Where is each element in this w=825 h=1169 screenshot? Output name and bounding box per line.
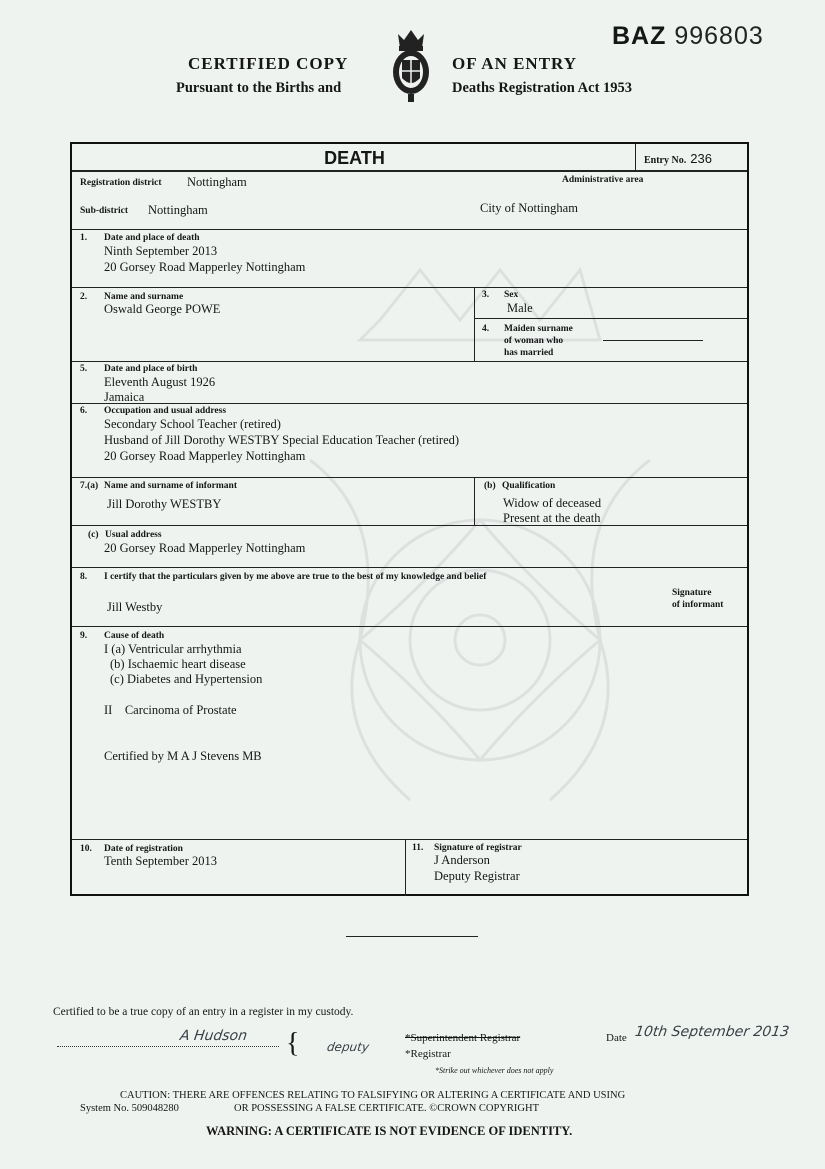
signature-label-2: of informant [672,600,723,610]
entry-label: Entry No. [644,155,686,166]
form-title: DEATH [72,148,637,169]
maiden-surname-blank [603,340,703,341]
qualification-line-1: Widow of deceased [503,496,601,511]
serial-number: 996803 [674,22,763,50]
registrar-name: J Anderson [434,853,490,868]
date-of-registration: Tenth September 2013 [104,854,217,869]
field-5-number: 5. [80,364,87,374]
place-of-death: 20 Gorsey Road Mapperley Nottingham [104,260,305,275]
field-2-label: Name and surname [104,292,183,302]
field-7a-label: Name and surname of informant [104,481,237,491]
option-superintendent-registrar: *Superintendent Registrar [405,1032,520,1044]
certified-by: Certified by M A J Stevens MB [104,749,262,764]
field-4-label-3: has married [504,348,553,358]
cause-ic: (c) Diabetes and Hypertension [110,672,262,687]
strike-out-note: *Strike out whichever does not apply [435,1066,553,1075]
field-6-label: Occupation and usual address [104,406,226,416]
registrar-signature: A Hudson [179,1028,248,1044]
field-3-label: Sex [504,290,518,300]
certificate-serial: BAZ 996803 [612,22,764,51]
usual-address: 20 Gorsey Road Mapperley Nottingham [104,449,305,464]
identity-warning: WARNING: A CERTIFICATE IS NOT EVIDENCE O… [206,1124,572,1139]
system-number: System No. 509048280 [80,1103,179,1114]
cause-ia: I (a) Ventricular arrhythmia [104,642,242,657]
field-5-label: Date and place of birth [104,364,197,374]
field-4-label-2: of woman who [504,336,563,346]
caution-line-1: CAUTION: THERE ARE OFFENCES RELATING TO … [120,1090,625,1101]
entry-number-field: Entry No. 236 [644,150,712,168]
field-3-number: 3. [482,290,489,300]
cause-ib: (b) Ischaemic heart disease [110,657,246,672]
administrative-area-label: Administrative area [562,175,643,185]
deceased-name: Oswald George POWE [104,302,220,317]
header-subtitle-left: Pursuant to the Births and [176,80,341,97]
sex: Male [507,301,533,316]
administrative-area: City of Nottingham [480,201,578,216]
field-7b-number: (b) [484,481,496,491]
date-of-death: Ninth September 2013 [104,244,217,259]
cause-ii: II Carcinoma of Prostate [104,703,237,718]
field-4-label-1: Maiden surname [504,324,573,334]
signature-label-1: Signature [672,588,711,598]
option-registrar: *Registrar [405,1048,451,1060]
field-11-label: Signature of registrar [434,843,522,853]
field-4-number: 4. [482,324,489,334]
field-7c-number: (c) [88,530,99,540]
entry-number: 236 [690,151,712,166]
serial-prefix: BAZ [612,22,666,50]
field-1-number: 1. [80,233,87,243]
deputy-handwritten: deputy [326,1040,370,1054]
brace-icon: { [286,1030,299,1058]
qualification-line-2: Present at the death [503,511,601,526]
sub-district-label: Sub-district [80,206,128,216]
registration-district: Nottingham [187,175,247,190]
informant-address: 20 Gorsey Road Mapperley Nottingham [104,541,305,556]
death-entry-form: DEATH Entry No. 236 Registration distric… [70,142,749,896]
field-10-number: 10. [80,844,92,854]
caution-line-2: OR POSSESSING A FALSE CERTIFICATE. ©CROW… [234,1103,539,1114]
royal-crest-icon [386,26,436,106]
field-9-number: 9. [80,631,87,641]
date-of-birth: Eleventh August 1926 [104,375,215,390]
registrar-title: Deputy Registrar [434,869,520,884]
sub-district: Nottingham [148,203,208,218]
date-label: Date [606,1032,627,1044]
field-2-number: 2. [80,292,87,302]
certified-date-handwritten: 10th September 2013 [634,1024,790,1040]
informant-signature: Jill Westby [107,600,162,615]
occupation-line-1: Secondary School Teacher (retired) [104,417,281,432]
signature-dotted-line [57,1046,279,1047]
informant-name: Jill Dorothy WESTBY [107,497,221,512]
field-7a-number: 7.(a) [80,481,98,491]
registration-district-label: Registration district [80,178,162,188]
field-9-label: Cause of death [104,631,164,641]
header-title-right: OF AN ENTRY [452,54,577,74]
field-11-number: 11. [412,843,423,853]
header-subtitle-right: Deaths Registration Act 1953 [452,80,632,97]
certified-true-copy-text: Certified to be a true copy of an entry … [53,1006,353,1018]
field-6-number: 6. [80,406,87,416]
field-7b-label: Qualification [502,481,555,491]
field-7c-label: Usual address [105,530,162,540]
field-8-number: 8. [80,572,87,582]
separator-line [346,936,478,937]
occupation-line-2: Husband of Jill Dorothy WESTBY Special E… [104,433,459,448]
field-8-label: I certify that the particulars given by … [104,572,486,582]
field-10-label: Date of registration [104,844,183,854]
header-title-left: CERTIFIED COPY [188,54,348,74]
field-1-label: Date and place of death [104,233,200,243]
